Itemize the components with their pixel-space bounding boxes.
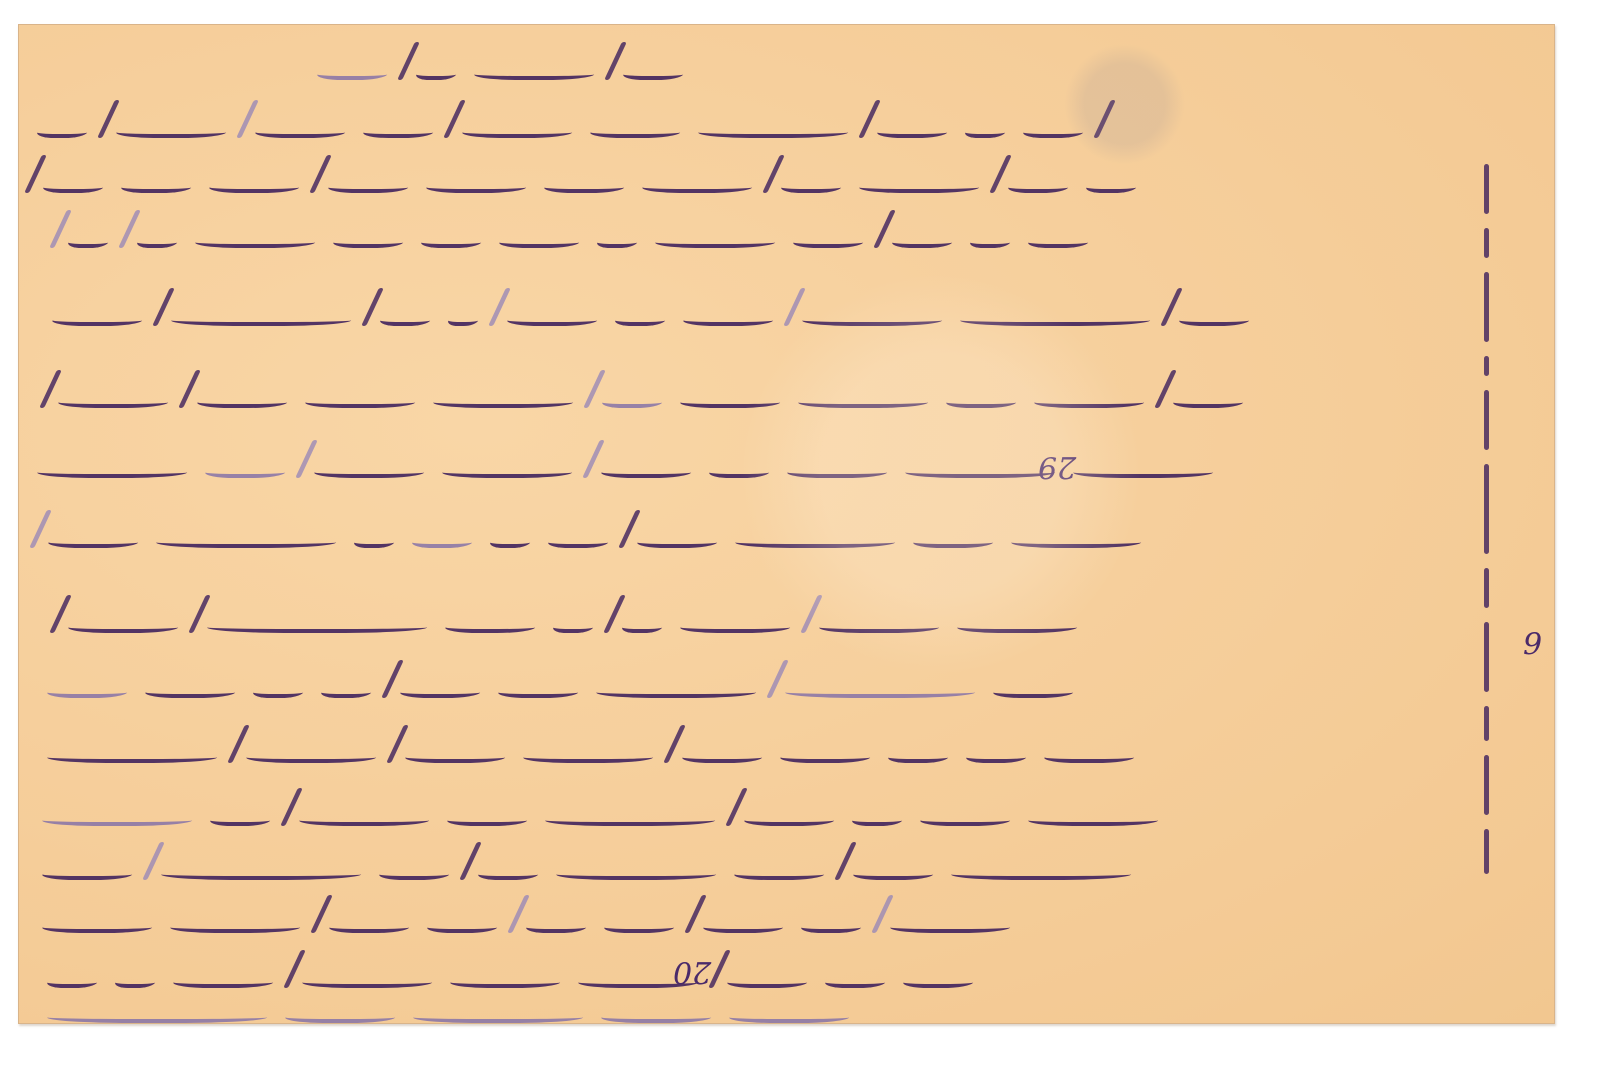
handwriting-line — [38, 514, 1142, 548]
handwriting-line — [38, 104, 1095, 138]
handwriting-line — [48, 664, 1074, 698]
numeral: 20 — [673, 954, 711, 989]
handwriting-line — [48, 989, 850, 1023]
handwriting-line — [43, 792, 1159, 826]
postcard: 20 29 6 — [18, 24, 1555, 1024]
handwriting-line — [48, 729, 1135, 763]
handwriting-line — [58, 599, 1078, 633]
handwriting-line — [43, 899, 1011, 933]
margin-note — [1475, 164, 1497, 1004]
handwriting-line — [48, 954, 974, 988]
handwriting-line — [33, 159, 1137, 193]
numeral: 6 — [1523, 624, 1542, 659]
handwriting-line — [53, 292, 1250, 326]
handwriting-line — [318, 46, 684, 80]
handwriting-line — [58, 214, 1089, 248]
handwriting-line — [43, 846, 1132, 880]
numeral: 29 — [1038, 449, 1076, 484]
handwriting-line — [48, 374, 1244, 408]
